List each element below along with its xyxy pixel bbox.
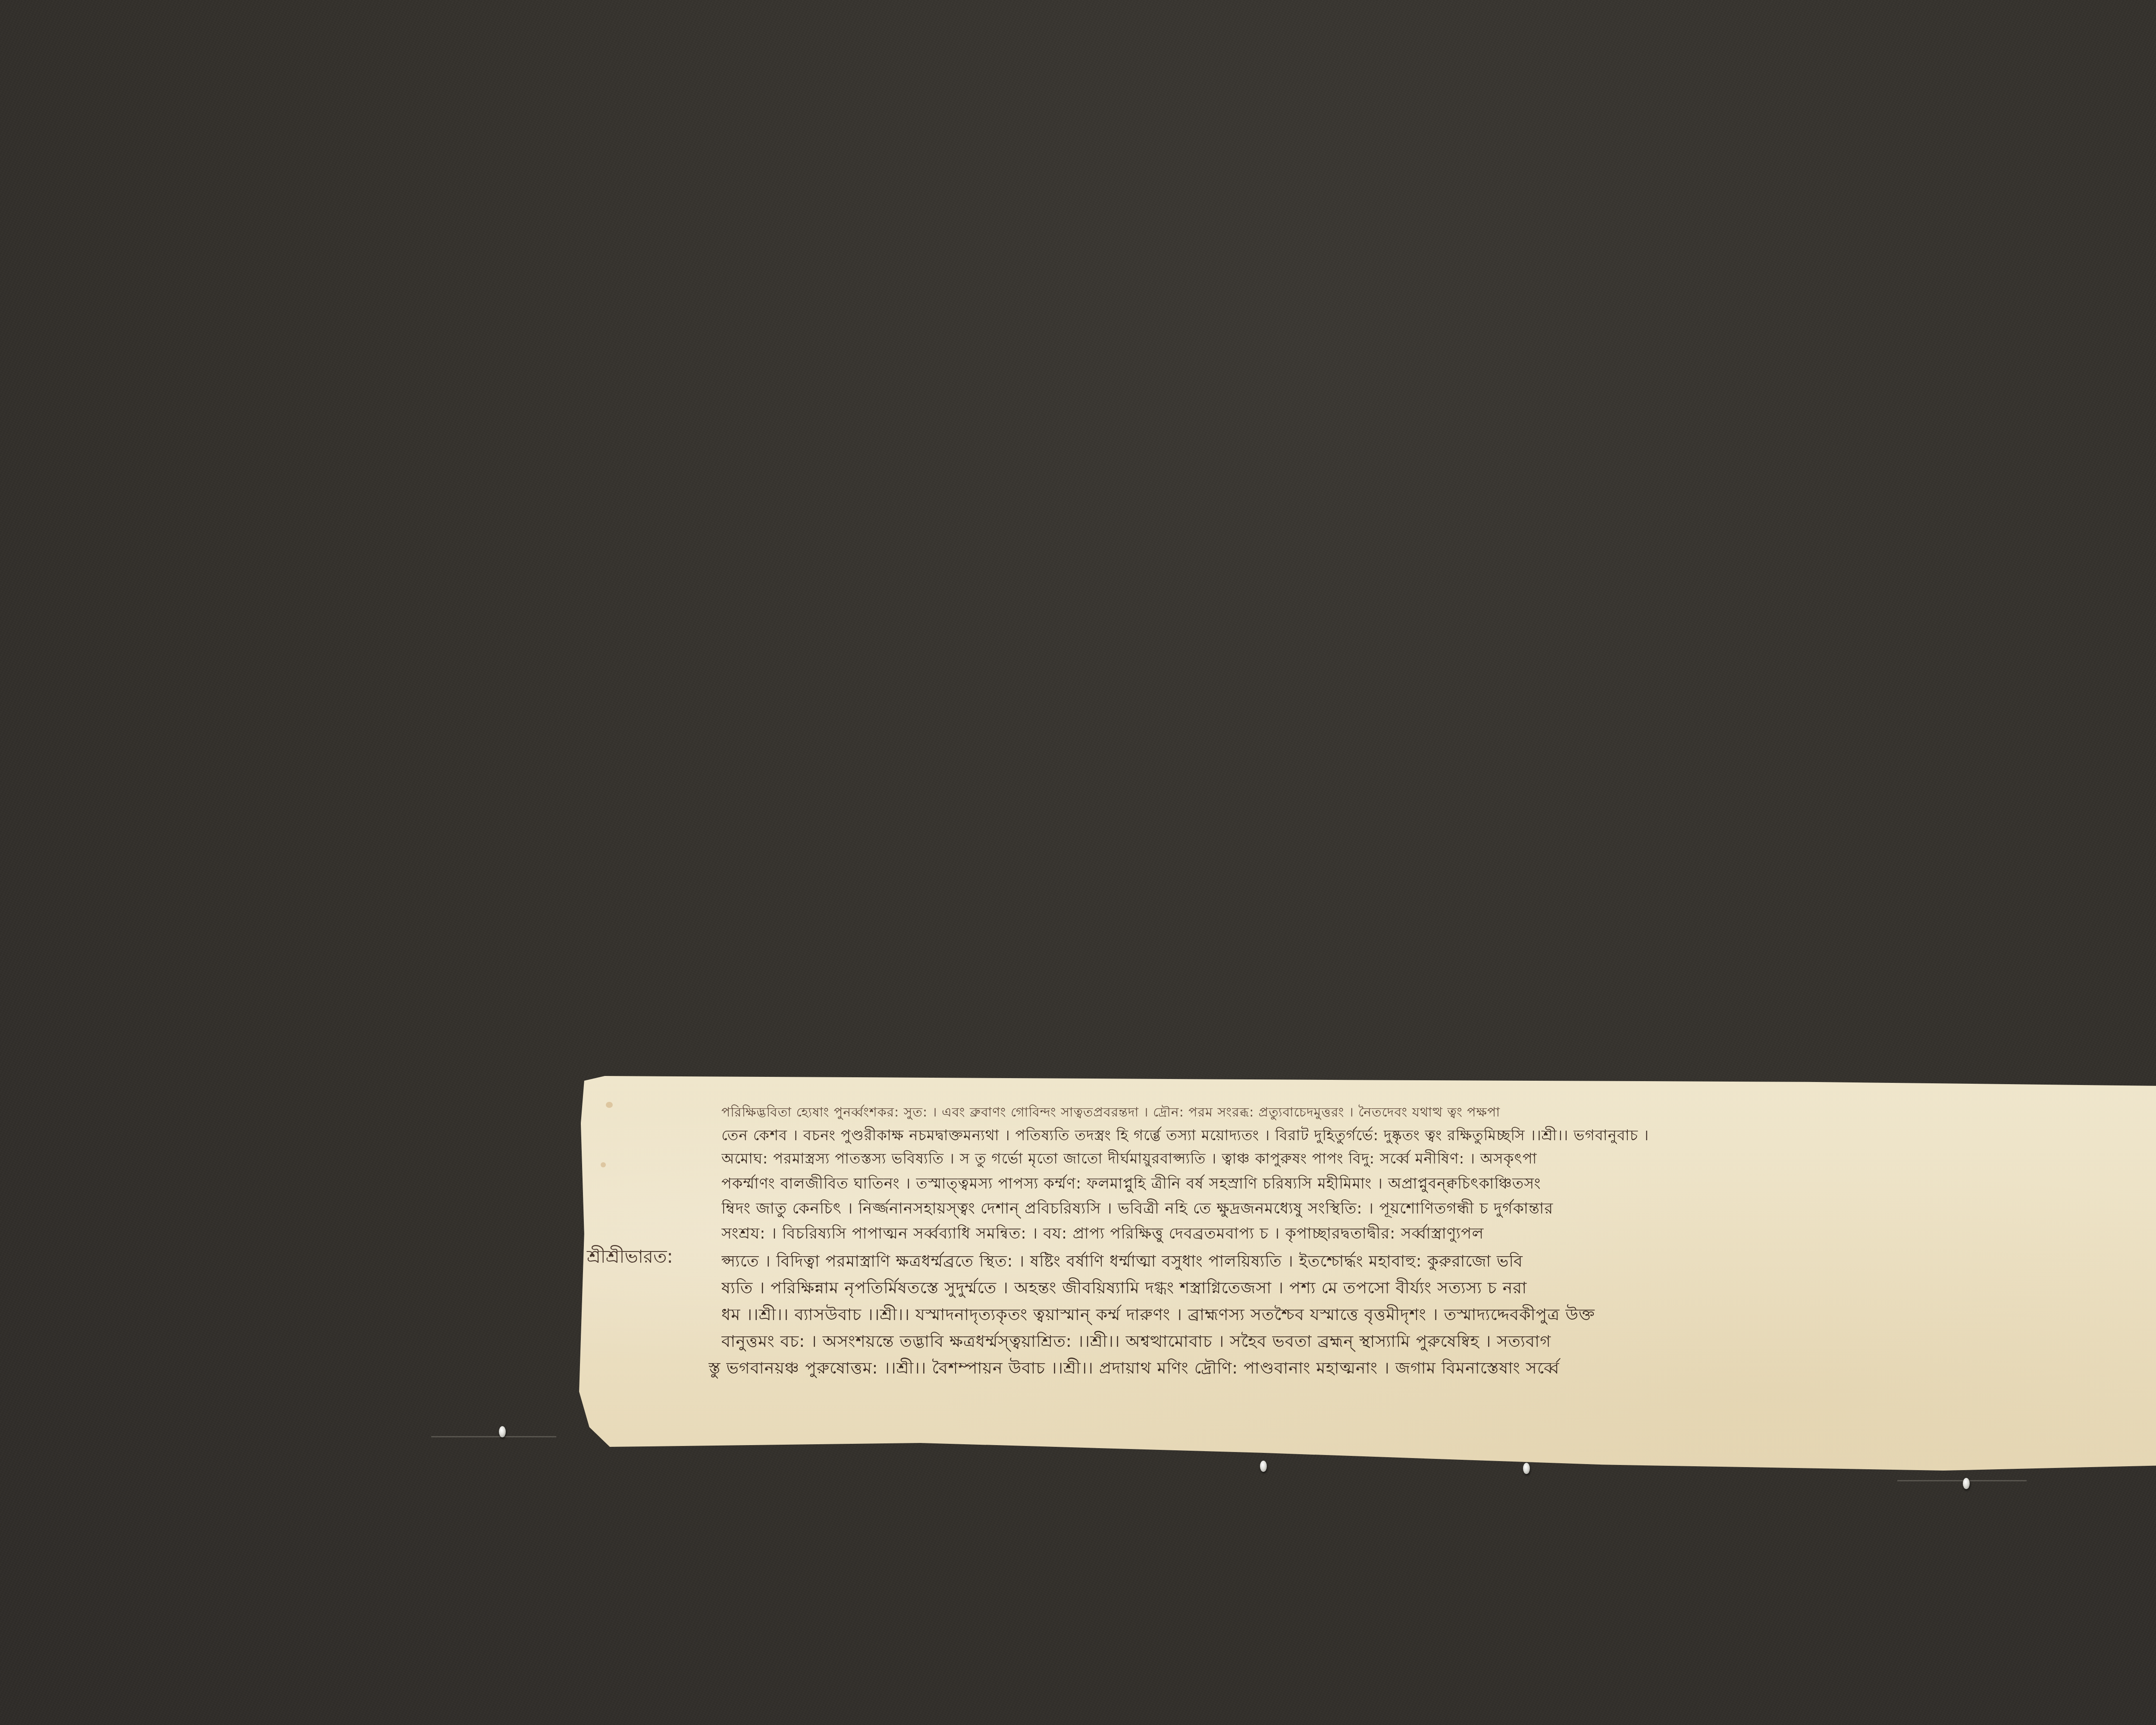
- manuscript-line-4: পকর্ম্মাণং বালজীবিত ঘাতিনং । তস্মাত্ত্বম…: [721, 1172, 2156, 1197]
- manuscript-text-block: শ্রীশ্রীভারত: শ্রীশ্রী: পরিক্ষিদ্ভবিতা হ…: [579, 1076, 2156, 1471]
- foxing-spot: [606, 1102, 613, 1108]
- manuscript-line-8: ষ্যতি । পরিক্ষিন্নাম নৃপতির্মিষতস্তে সুদ…: [721, 1275, 2156, 1303]
- foxing-spot: [601, 1162, 606, 1167]
- manuscript-line-2: তেন কেশব । বচনং পুণ্ডরীকাক্ষ নচমদ্বাক্তম…: [721, 1124, 2156, 1149]
- manuscript-line-9: ধম ।।শ্রী।। ব্যাসউবাচ ।।শ্রী।। যস্মাদনাদ…: [721, 1302, 2156, 1330]
- manuscript-line-7: প্স্যতে । বিদিত্বা পরমাস্ত্রাণি ক্ষত্রধর…: [721, 1248, 2156, 1276]
- mounting-pin: [1260, 1461, 1267, 1472]
- manuscript-line-1: পরিক্ষিদ্ভবিতা হ্যেষাং পুনর্ব্বংশকর: সুত…: [721, 1102, 2156, 1124]
- mounting-pin: [499, 1426, 506, 1437]
- manuscript-line-3: অমোঘ: পরমাস্ত্রস্য পাতস্তস্য ভবিষ্যতি । …: [721, 1148, 2156, 1172]
- pin-thread: [431, 1436, 556, 1437]
- pin-thread: [1897, 1480, 2027, 1481]
- mounting-pin: [1523, 1463, 1530, 1474]
- manuscript-leaf: শ্রীশ্রীভারত: শ্রীশ্রী: পরিক্ষিদ্ভবিতা হ…: [579, 1076, 2156, 1471]
- left-margin-note: শ্রীশ্রীভারত:: [587, 1242, 673, 1273]
- manuscript-line-10: বানুত্তমং বচ: । অসংশয়ন্তে তদ্ভাবি ক্ষত্…: [721, 1329, 2156, 1356]
- manuscript-line-11: স্তু ভগবানয়ঞ্চ পুরুষোত্তম: ।।শ্রী।। বৈশ…: [708, 1355, 2156, 1383]
- manuscript-line-6: সংশ্রয: । বিচরিষ্যসি পাপাত্মন সর্ব্বব্যা…: [721, 1222, 2156, 1248]
- mounting-pin: [1963, 1478, 1970, 1489]
- manuscript-line-5: ম্বিদং জাতু কেনচিৎ । নির্জ্জনানসহায়স্ত্…: [721, 1197, 2156, 1223]
